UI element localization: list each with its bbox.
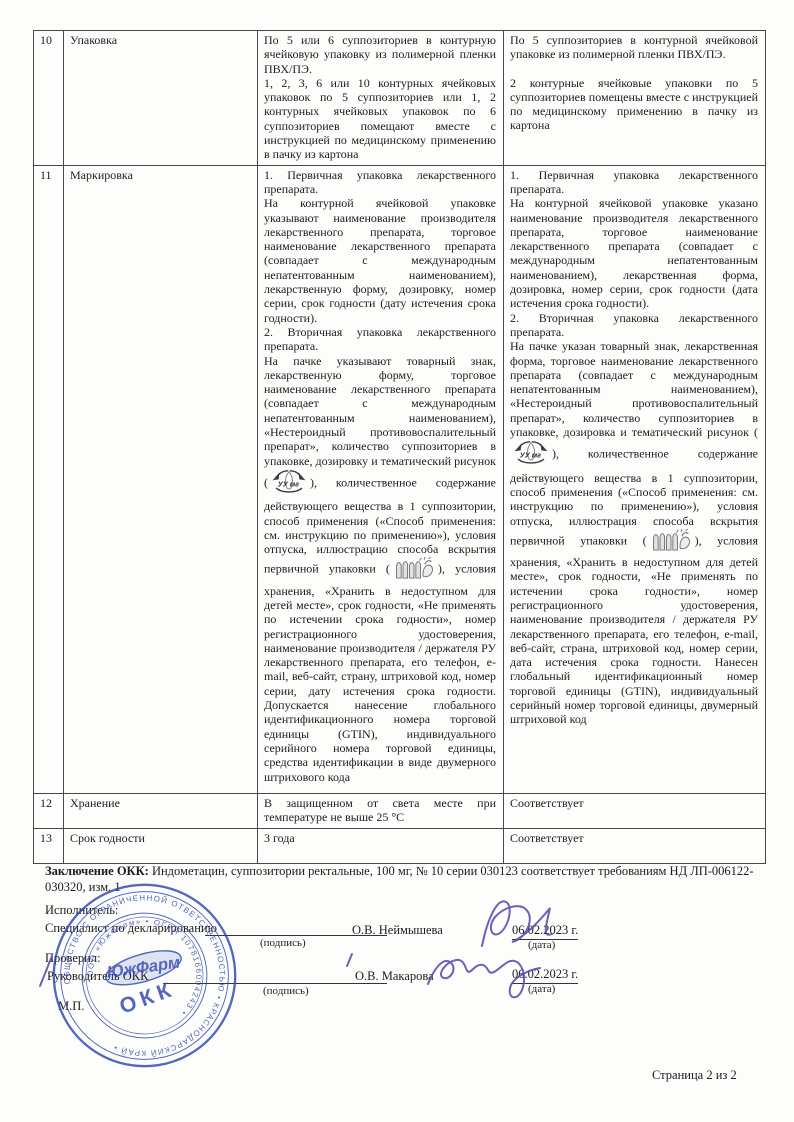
spec-table: 10 Упаковка По 5 или 6 суппозиториев в к… [33,30,766,864]
row-number-cell: 13 [34,828,64,863]
document-page: 10 Упаковка По 5 или 6 суппозиториев в к… [0,0,794,1122]
requirement-text: По 5 или 6 суппозиториев в контурную яче… [264,33,496,76]
param-label: Маркировка [70,168,250,182]
date-caption: (дата) [528,939,555,951]
sign-caption: (подпись) [260,937,306,949]
result-text: Соответствует [510,796,758,810]
param-cell: Маркировка [64,165,258,793]
param-cell: Упаковка [64,31,258,166]
result-text: На пачке указан товарный знак, лекарстве… [510,339,758,726]
requirement-text: На контурной ячейковой упаковке указываю… [264,196,496,325]
requirement-text: В защищенном от света месте при температ… [264,796,496,825]
row-number: 11 [40,168,56,182]
result-text: По 5 суппозиториев в контурной ячейковой… [510,33,758,62]
table-row: 11 Маркировка 1. Первичная упаковка лека… [34,165,766,793]
page-number: Страница 2 из 2 [652,1068,737,1083]
checker-label: Проверил: [45,951,101,966]
result-text: 2. Вторичная упаковка лекарственного пре… [510,311,758,340]
requirement-text: 1. Первичная упаковка лекарственного пре… [264,168,496,197]
table-row: 13 Срок годности 3 года Соответствует [34,828,766,863]
blister-open-pictogram-icon [649,528,693,555]
param-cell: Срок годности [64,828,258,863]
dose-pictogram-icon: УУ мг [512,439,550,470]
param-cell: Хранение [64,793,258,828]
date-caption: (дата) [528,983,555,995]
requirement-text: 1, 2, 3, 6 или 10 контурных ячейковых уп… [264,76,496,162]
table-row: 12 Хранение В защищенном от света месте … [34,793,766,828]
requirement-text: 3 года [264,831,496,845]
result-cell: По 5 суппозиториев в контурной ячейковой… [504,31,766,166]
result-text: 2 контурные ячейковые упаковки по 5 супп… [510,76,758,133]
row-number-cell: 12 [34,793,64,828]
param-label: Упаковка [70,33,250,47]
row-number: 12 [40,796,56,810]
table-row: 10 Упаковка По 5 или 6 суппозиториев в к… [34,31,766,166]
executor-date: 06.02.2023 г. [512,923,578,940]
requirement-cell: 3 года [258,828,504,863]
sign-caption: (подпись) [263,985,309,997]
pen-tick-stroke [347,954,352,966]
conclusion-text: Индометацин, суппозитории ректальные, 10… [45,864,754,894]
text-segment: ), условия хранения, «Хранить в недоступ… [510,533,758,726]
dose-pictogram-icon: УУ мг [270,468,308,499]
requirement-cell: В защищенном от света месте при температ… [258,793,504,828]
requirement-cell: По 5 или 6 суппозиториев в контурную яче… [258,31,504,166]
row-number-cell: 11 [34,165,64,793]
conclusion-label: Заключение ОКК: [45,864,149,878]
row-number-cell: 10 [34,31,64,166]
checker-date: 06.02.2023 г. [512,967,578,984]
param-label: Хранение [70,796,250,810]
stamp-place-label: М.П. [58,999,84,1014]
dose-label: УУ мг [520,451,541,460]
result-text: Соответствует [510,831,758,845]
checker-role: Руководитель ОКК [47,969,148,984]
result-text: 1. Первичная упаковка лекарственного пре… [510,168,758,197]
dose-label: УУ мг [278,479,299,488]
blister-open-pictogram-icon [392,556,436,583]
signature-line [163,969,387,984]
result-cell: Соответствует [504,793,766,828]
requirement-text: 2. Вторичная упаковка лекарственного пре… [264,325,496,354]
requirement-text: На пачке указывают товарный знак, лекарс… [264,354,496,784]
param-label: Срок годности [70,831,250,845]
executor-role: Специалист по декларированию [45,921,217,936]
text-segment: На пачке указан товарный знак, лекарстве… [510,339,758,439]
okk-conclusion: Заключение ОКК: Индометацин, суппозитори… [45,864,757,895]
result-cell: Соответствует [504,828,766,863]
checker-name: О.В. Макарова [355,969,434,984]
executor-name: О.В. Неймышева [352,923,443,938]
row-number: 10 [40,33,56,47]
result-text: На контурной ячейковой упаковке указано … [510,196,758,310]
executor-label: Исполнитель: [45,903,118,918]
row-number: 13 [40,831,56,845]
text-segment: ), условия хранения, «Хранить в недоступ… [264,562,496,784]
result-cell: 1. Первичная упаковка лекарственного пре… [504,165,766,793]
requirement-cell: 1. Первичная упаковка лекарственного пре… [258,165,504,793]
